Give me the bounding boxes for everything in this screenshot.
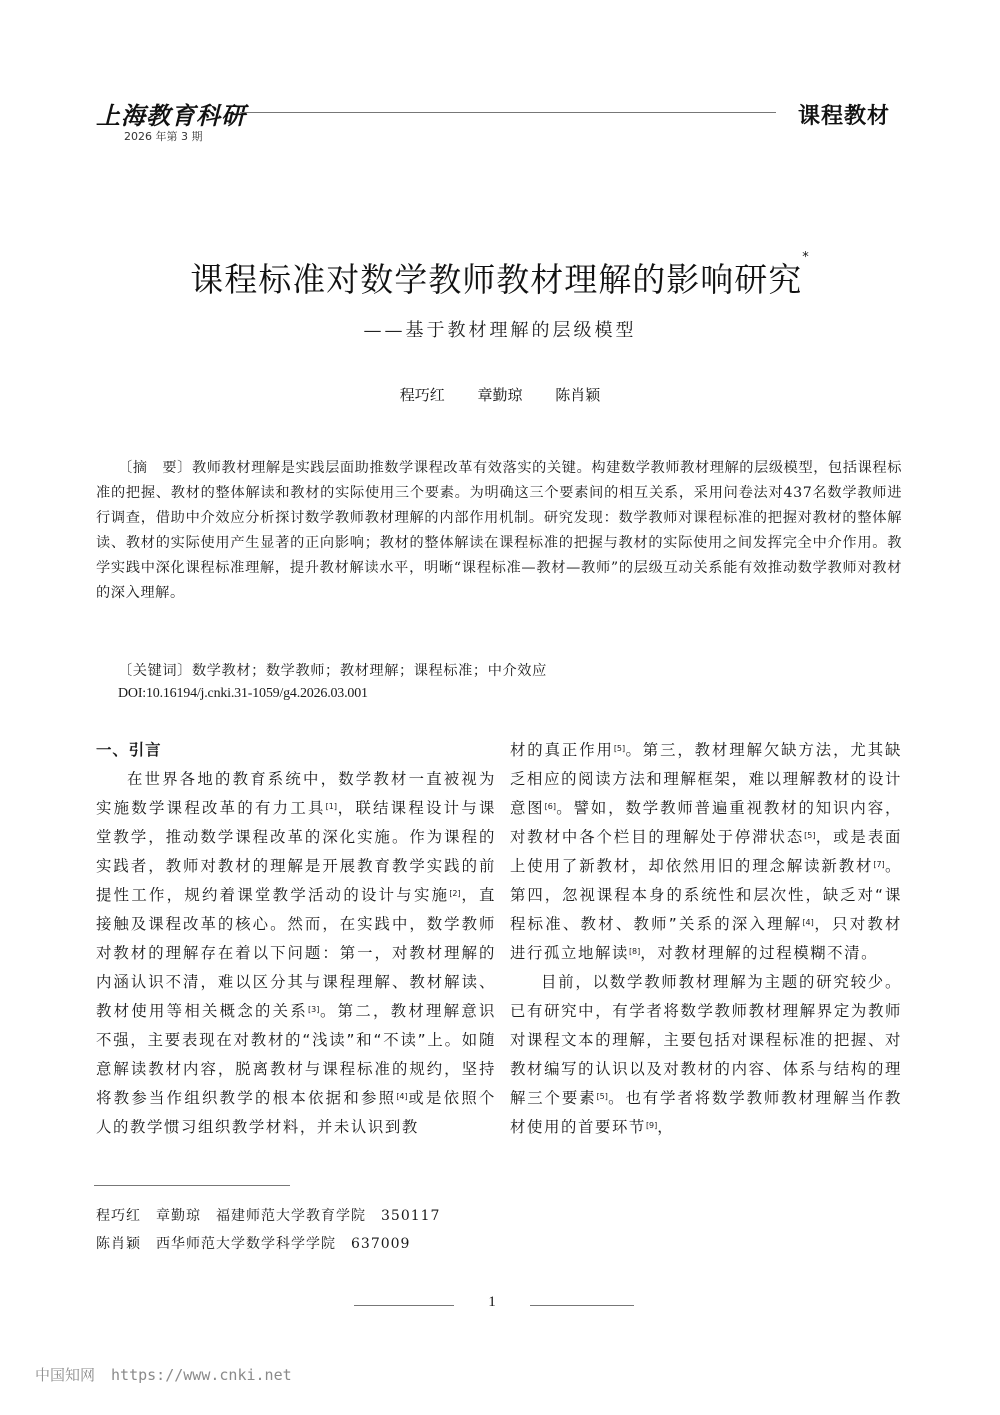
citation: [1] bbox=[326, 802, 337, 811]
section-heading: 一、引言 bbox=[96, 736, 496, 765]
watermark-brand: 中国知网 bbox=[35, 1366, 95, 1384]
watermark-url[interactable]: https://www.cnki.net bbox=[111, 1366, 292, 1384]
journal-logo: 上海教育科研 bbox=[96, 96, 246, 131]
abstract: 〔摘 要〕教师教材理解是实践层面助推数学课程改革有效落实的关键。构建数学教师教材… bbox=[96, 456, 902, 606]
title-footnote-marker: * bbox=[802, 250, 810, 265]
author: 章勤琼 bbox=[477, 386, 522, 404]
citation: [7] bbox=[873, 860, 884, 869]
page-number-rule-left bbox=[354, 1305, 454, 1306]
page-number: 1 bbox=[480, 1294, 504, 1311]
page-number-rule-right bbox=[530, 1305, 634, 1306]
citation: [5] bbox=[614, 744, 625, 753]
paragraph: 目前，以数学教师教材理解为主题的研究较少。已有研究中，有学者将数学教师教材理解界… bbox=[510, 968, 902, 1142]
abstract-label: 〔摘 要〕 bbox=[118, 460, 192, 476]
abstract-text: 教师教材理解是实践层面助推数学课程改革有效落实的关键。构建数学教师教材理解的层级… bbox=[96, 460, 902, 601]
article-title: 课程标准对数学教师教材理解的影响研究* bbox=[0, 254, 1000, 301]
citation: [6] bbox=[545, 802, 556, 811]
footnote-divider bbox=[94, 1185, 290, 1186]
citation: [4] bbox=[396, 1092, 407, 1101]
issue-number: 2026 年第 3 期 bbox=[124, 128, 202, 144]
affiliation-line: 陈肖颖 西华师范大学数学科学学院 637009 bbox=[96, 1230, 440, 1258]
article-subtitle: ——基于教材理解的层级模型 bbox=[0, 316, 1000, 342]
keywords: 〔关键词〕数学教材；数学教师；教材理解；课程标准；中介效应 bbox=[118, 660, 898, 682]
citation: [9] bbox=[646, 1121, 657, 1130]
keywords-text: 数学教材；数学教师；教材理解；课程标准；中介效应 bbox=[192, 663, 547, 679]
paragraph: 材的真正作用[5]。第三，教材理解欠缺方法，尤其缺乏相应的阅读方法和理解框架，难… bbox=[510, 736, 902, 968]
doi: DOI:10.16194/j.cnki.31-1059/g4.2026.03.0… bbox=[118, 686, 368, 702]
author: 程巧红 bbox=[400, 386, 445, 404]
author-list: 程巧红 章勤琼 陈肖颖 bbox=[0, 384, 1000, 405]
body-column-left: 一、引言 在世界各地的教育系统中，数学教材一直被视为实施数学课程改革的有力工具[… bbox=[118, 736, 496, 1142]
watermark: 中国知网https://www.cnki.net bbox=[35, 1364, 292, 1385]
paragraph: 在世界各地的教育系统中，数学教材一直被视为实施数学课程改革的有力工具[1]，联结… bbox=[96, 765, 496, 1142]
paragraph-text: ，对教材理解的过程模糊不清。 bbox=[640, 944, 878, 962]
citation: [4] bbox=[802, 918, 813, 927]
keywords-label: 〔关键词〕 bbox=[118, 663, 192, 679]
citation: [2] bbox=[449, 889, 460, 898]
body-column-right: 材的真正作用[5]。第三，教材理解欠缺方法，尤其缺乏相应的阅读方法和理解框架，难… bbox=[510, 736, 902, 1142]
citation: [5] bbox=[804, 831, 815, 840]
section-label: 课程教材 bbox=[798, 99, 890, 130]
affiliation-line: 程巧红 章勤琼 福建师范大学教育学院 350117 bbox=[96, 1202, 440, 1230]
paragraph-text: 目前，以数学教师教材理解为主题的研究较少。已有研究中，有学者将数学教师教材理解界… bbox=[510, 973, 902, 1107]
citation: [8] bbox=[629, 947, 640, 956]
paragraph-text: ，直接触及课程改革的核心。然而，在实践中，数学教师对教材的理解存在着以下问题：第… bbox=[96, 886, 496, 1020]
paragraph-text: 材的真正作用 bbox=[510, 741, 614, 759]
paragraph-text: ， bbox=[657, 1118, 674, 1136]
citation: [3] bbox=[308, 1005, 319, 1014]
author: 陈肖颖 bbox=[555, 386, 600, 404]
article-title-text: 课程标准对数学教师教材理解的影响研究 bbox=[190, 260, 802, 299]
citation: [5] bbox=[597, 1092, 608, 1101]
author-affiliations: 程巧红 章勤琼 福建师范大学教育学院 350117陈肖颖 西华师范大学数学科学学… bbox=[96, 1202, 440, 1258]
header-divider bbox=[240, 112, 776, 113]
